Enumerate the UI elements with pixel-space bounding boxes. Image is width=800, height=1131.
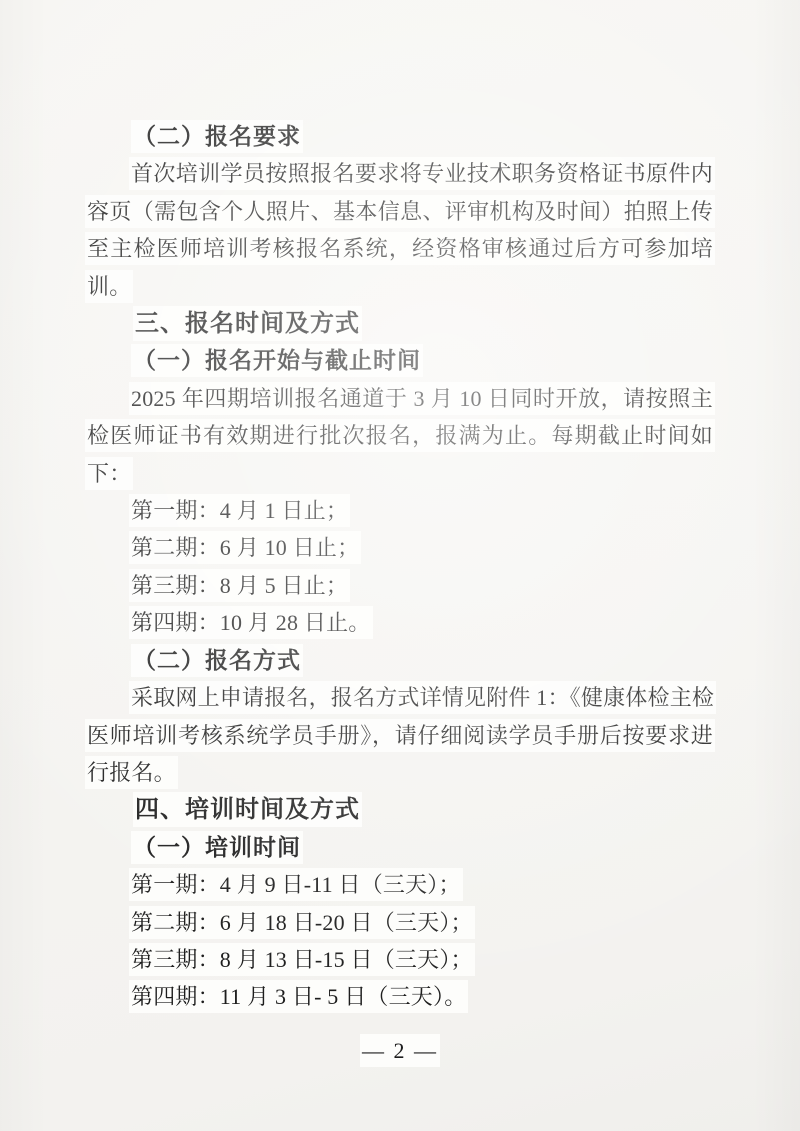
training-schedule-item-2: 第二期：6 月 18 日-20 日（三天）； <box>85 904 715 941</box>
registration-deadline-item-4-text: 第四期：10 月 28 日止。 <box>129 606 373 639</box>
training-schedule-item-4-text: 第四期：11 月 3 日- 5 日（三天）。 <box>129 980 468 1013</box>
paragraph-registration-open-and-deadlines-text: 2025 年四期培训报名通道于 3 月 10 日同时开放，请按照主检医师证书有效… <box>85 382 715 490</box>
registration-deadline-item-3-text: 第三期：8 月 5 日止； <box>129 569 350 602</box>
paragraph-registration-open-and-deadlines: 2025 年四期培训报名通道于 3 月 10 日同时开放，请按照主检医师证书有效… <box>85 380 715 492</box>
registration-deadline-item-1: 第一期：4 月 1 日止； <box>85 492 715 529</box>
subsection-heading-registration-start-end-time-text: （一）报名开始与截止时间 <box>131 344 423 377</box>
section-heading-training-time-and-method: 四、培训时间及方式 <box>85 791 715 828</box>
page-footer: — 2 — <box>0 1038 800 1064</box>
section-heading-training-time-and-method-text: 四、培训时间及方式 <box>133 792 362 827</box>
subsection-heading-registration-requirements-text: （二）报名要求 <box>131 120 303 153</box>
paragraph-registration-method: 采取网上申请报名，报名方式详情见附件 1：《健康体检主检医师培训考核系统学员手册… <box>85 679 715 791</box>
section-heading-registration-time-and-method-text: 三、报名时间及方式 <box>133 306 362 341</box>
section-heading-registration-time-and-method: 三、报名时间及方式 <box>85 305 715 342</box>
paragraph-registration-requirements-text: 首次培训学员按照报名要求将专业技术职务资格证书原件内容页（需包含个人照片、基本信… <box>85 157 715 302</box>
subsection-heading-registration-method: （二）报名方式 <box>85 642 715 679</box>
training-schedule-item-3: 第三期：8 月 13 日-15 日（三天）； <box>85 941 715 978</box>
document-page: （二）报名要求 首次培训学员按照报名要求将专业技术职务资格证书原件内容页（需包含… <box>0 0 800 1131</box>
subsection-heading-registration-start-end-time: （一）报名开始与截止时间 <box>85 342 715 379</box>
training-schedule-item-1-text: 第一期：4 月 9 日-11 日（三天）； <box>129 868 463 901</box>
document-body: （二）报名要求 首次培训学员按照报名要求将专业技术职务资格证书原件内容页（需包含… <box>85 118 715 1016</box>
registration-deadline-item-1-text: 第一期：4 月 1 日止； <box>129 494 350 527</box>
subsection-heading-training-time-text: （一）培训时间 <box>131 831 303 864</box>
paragraph-registration-requirements: 首次培训学员按照报名要求将专业技术职务资格证书原件内容页（需包含个人照片、基本信… <box>85 155 715 305</box>
subsection-heading-training-time: （一）培训时间 <box>85 829 715 866</box>
registration-deadline-item-2-text: 第二期：6 月 10 日止； <box>129 531 361 564</box>
page-number: — 2 — <box>360 1034 440 1067</box>
paragraph-registration-method-text: 采取网上申请报名，报名方式详情见附件 1：《健康体检主检医师培训考核系统学员手册… <box>85 681 716 789</box>
training-schedule-item-2-text: 第二期：6 月 18 日-20 日（三天）； <box>129 906 475 939</box>
subsection-heading-registration-requirements: （二）报名要求 <box>85 118 715 155</box>
training-schedule-item-1: 第一期：4 月 9 日-11 日（三天）； <box>85 866 715 903</box>
training-schedule-item-4: 第四期：11 月 3 日- 5 日（三天）。 <box>85 978 715 1015</box>
registration-deadline-item-2: 第二期：6 月 10 日止； <box>85 529 715 566</box>
registration-deadline-item-4: 第四期：10 月 28 日止。 <box>85 604 715 641</box>
subsection-heading-registration-method-text: （二）报名方式 <box>131 644 303 677</box>
registration-deadline-item-3: 第三期：8 月 5 日止； <box>85 567 715 604</box>
training-schedule-item-3-text: 第三期：8 月 13 日-15 日（三天）； <box>129 943 475 976</box>
